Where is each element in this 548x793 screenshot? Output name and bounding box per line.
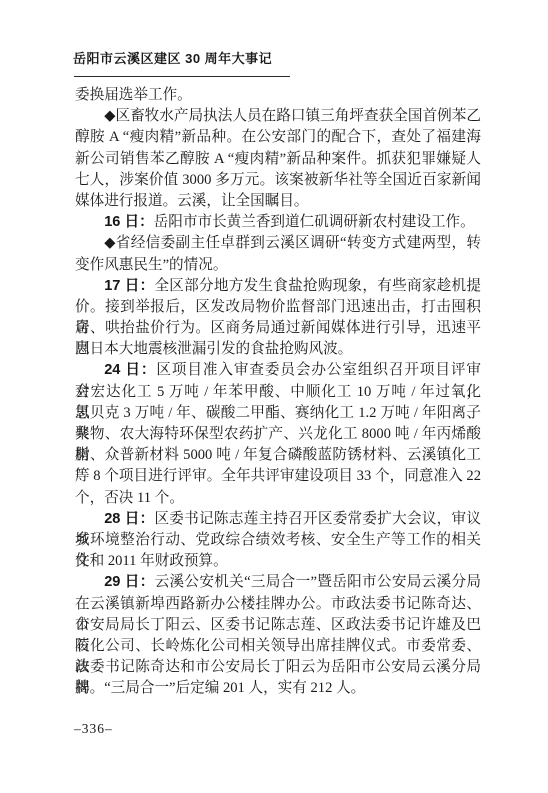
text-line: 个，否决 11 个。 <box>75 488 481 509</box>
text-line: 奇、哄抬盐价行为。区商务局通过新闻媒体进行引导，迅速平息 <box>75 318 481 339</box>
date-prefix: 17 日： <box>104 278 154 294</box>
text-line: 脂、众普新材料 5000 吨 / 年复合磷酸蓝防锈材料、云溪镇化工厂 <box>75 445 481 466</box>
text-line: 思贝克 3 万吨 / 年、碳酸二甲酯、赛纳化工 1.2 万吨 / 年阳离子共 <box>75 403 481 424</box>
text-line: ◆区畜牧水产局执法人员在路口镇三角坪查获全国首例苯乙 <box>75 106 481 127</box>
text-line: 变作风惠民生”的情况。 <box>75 255 481 276</box>
page-number: –336– <box>74 721 113 737</box>
text-line: 16 日：岳阳市市长黄兰香到道仁矶调研新农村建设工作。 <box>75 212 481 233</box>
date-prefix: 28 日： <box>104 511 154 527</box>
text-line: ◆省经信委副主任卓群到云溪区调研“转变方式建两型，转 <box>75 233 481 254</box>
text-line: 委换届选举工作。 <box>75 85 481 106</box>
text-line: 聚物、农大海特环保型农药扩产、兴龙化工 8000 吨 / 年丙烯酸树 <box>75 424 481 445</box>
date-prefix: 29 日： <box>104 574 154 590</box>
header-rule <box>74 76 290 77</box>
text-line: 新公司销售苯乙醇胺 A “瘦肉精”新品种案件。抓获犯罪嫌疑人 <box>75 149 481 170</box>
text-line: 法委书记陈奇达和市公安局长丁阳云为岳阳市公安局云溪分局揭 <box>75 657 481 678</box>
text-line: 件和 2011 年财政预算。 <box>75 551 481 572</box>
text-line: 在云溪镇新埠西路新办公楼挂牌办公。市政法委书记陈奇达、市 <box>75 594 481 615</box>
text-line: 石化公司、长岭炼化公司相关领导出席挂牌仪式。市委常委、政 <box>75 636 481 657</box>
text-line: 等 8 个项目进行评审。全年共评审建设项目 33 个，同意准入 22 <box>75 466 481 487</box>
text-line: 价。接到举报后，区发改局物价监督部门迅速出击，打击囤积居 <box>75 297 481 318</box>
date-prefix: 24 日： <box>104 362 156 378</box>
document-page: 岳阳市云溪区建区 30 周年大事记 委换届选举工作。◆区畜牧水产局执法人员在路口… <box>0 0 548 793</box>
text-line: 24 日：区项目准入审查委员会办公室组织召开项目评审会， <box>75 360 481 381</box>
text-line: 媒体进行报道。云溪，让全国瞩目。 <box>75 191 481 212</box>
text-line: 醇胺 A “瘦肉精”新品种。在公安部门的配合下，查处了福建海 <box>75 127 481 148</box>
date-prefix: 16 日： <box>104 214 153 230</box>
running-header-title: 岳阳市云溪区建区 30 周年大事记 <box>73 50 272 67</box>
text-line: 牌。“三局合一”后定编 201 人，实有 212 人。 <box>75 678 481 699</box>
text-line: 因日本大地震核泄漏引发的食盐抢购风波。 <box>75 339 481 360</box>
text-line: 29 日：云溪公安机关“三局合一”暨岳阳市公安局云溪分局 <box>75 572 481 593</box>
text-line: 公安局局长丁阳云、区委书记陈志莲、区政法委书记许雄及巴陵 <box>75 615 481 636</box>
text-line: 对宏达化工 5 万吨 / 年苯甲酸、中顺化工 10 万吨 / 年过氧化氢、 <box>75 382 481 403</box>
text-line: 28 日：区委书记陈志莲主持召开区委常委扩大会议，审议城 <box>75 509 481 530</box>
text-line: 17 日：全区部分地方发生食盐抢购现象，有些商家趁机提 <box>75 276 481 297</box>
text-line: 乡环境整治行动、党政综合绩效考核、安全生产等工作的相关文 <box>75 530 481 551</box>
body-text: 委换届选举工作。◆区畜牧水产局执法人员在路口镇三角坪查获全国首例苯乙醇胺 A “… <box>75 85 481 699</box>
text-line: 七人，涉案价值 3000 多万元。该案被新华社等全国近百家新闻 <box>75 170 481 191</box>
